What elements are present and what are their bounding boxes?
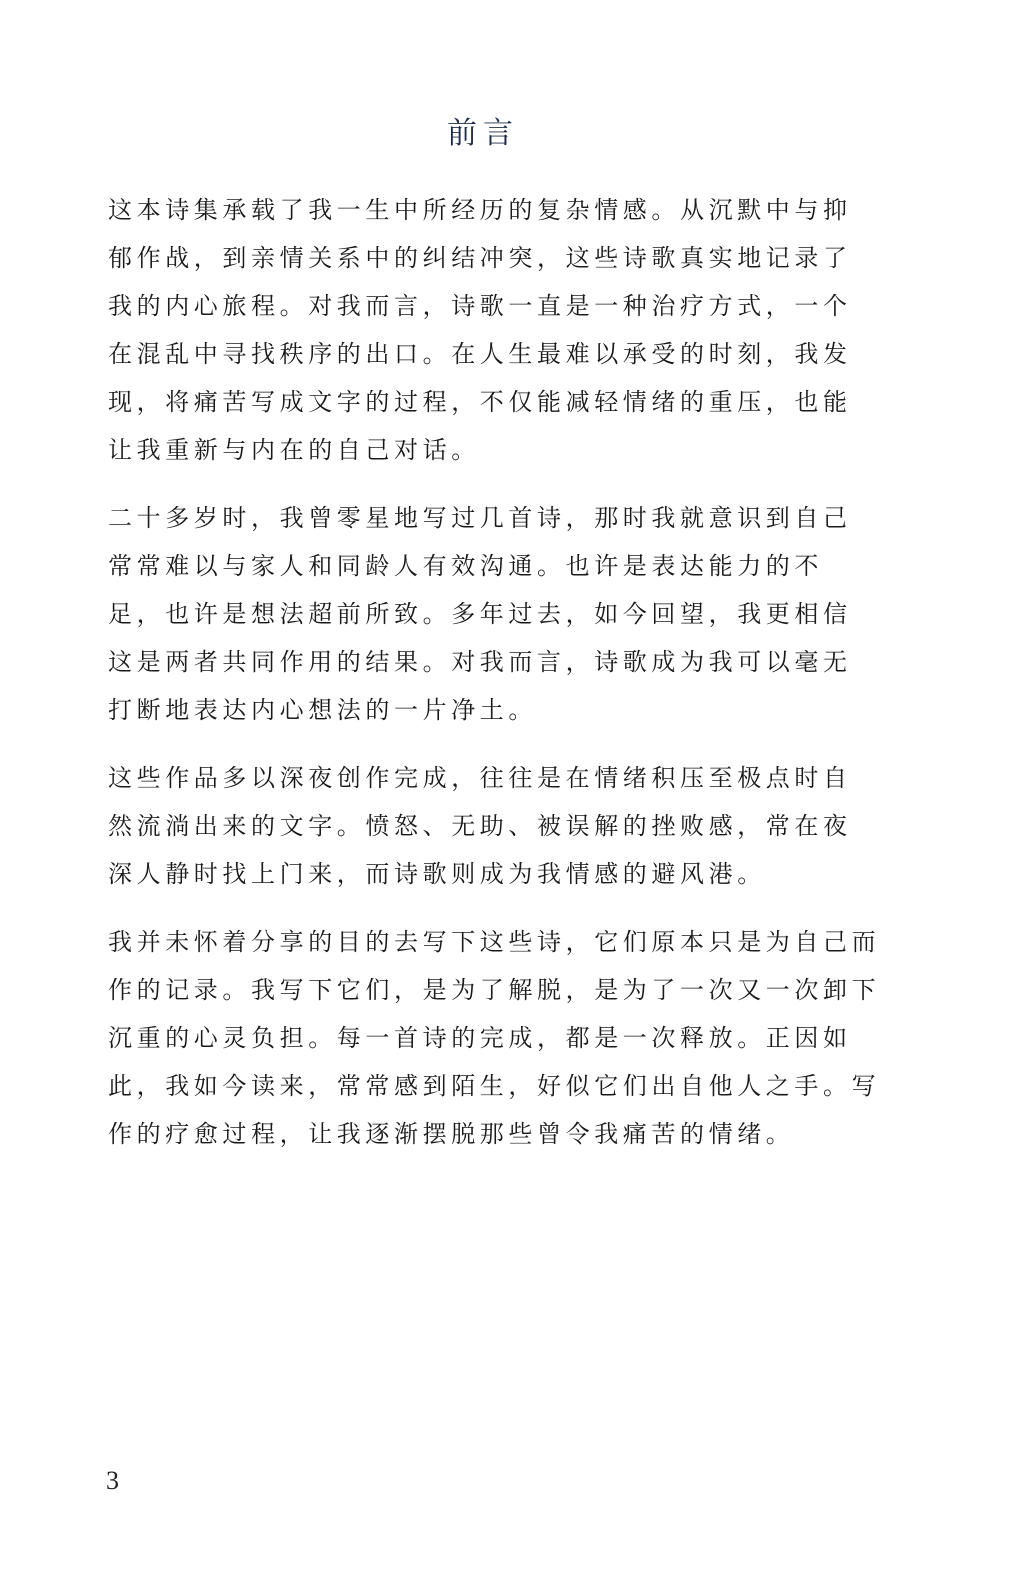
text-line: 作的记录。我写下它们，是为了解脱，是为了一次又一次卸下 bbox=[108, 966, 832, 1014]
text-line: 这本诗集承载了我一生中所经历的复杂情感。从沉默中与抑 bbox=[108, 186, 832, 234]
text-line: 在混乱中寻找秩序的出口。在人生最难以承受的时刻，我发 bbox=[108, 330, 832, 378]
book-page: 前言 这本诗集承载了我一生中所经历的复杂情感。从沉默中与抑 郁作战，到亲情关系中… bbox=[0, 0, 1024, 1593]
text-line: 这些作品多以深夜创作完成，往往是在情绪积压至极点时自 bbox=[108, 754, 832, 802]
text-line: 现，将痛苦写成文字的过程，不仅能减轻情绪的重压，也能 bbox=[108, 378, 832, 426]
text-line: 我并未怀着分享的目的去写下这些诗，它们原本只是为自己而 bbox=[108, 918, 832, 966]
text-line: 作的疗愈过程，让我逐渐摆脱那些曾令我痛苦的情绪。 bbox=[108, 1110, 832, 1158]
text-line: 常常难以与家人和同龄人有效沟通。也许是表达能力的不 bbox=[108, 542, 832, 590]
page-number: 3 bbox=[106, 1466, 119, 1496]
text-line: 沉重的心灵负担。每一首诗的完成，都是一次释放。正因如 bbox=[108, 1014, 832, 1062]
text-line: 此，我如今读来，常常感到陌生，好似它们出自他人之手。写 bbox=[108, 1062, 832, 1110]
text-line: 我的内心旅程。对我而言，诗歌一直是一种治疗方式，一个 bbox=[108, 282, 832, 330]
text-line: 深人静时找上门来，而诗歌则成为我情感的避风港。 bbox=[108, 850, 832, 898]
text-line: 然流淌出来的文字。愤怒、无助、被误解的挫败感，常在夜 bbox=[108, 802, 832, 850]
text-line: 打断地表达内心想法的一片净土。 bbox=[108, 686, 832, 734]
text-line: 让我重新与内在的自己对话。 bbox=[108, 426, 832, 474]
text-line: 郁作战，到亲情关系中的纠结冲突，这些诗歌真实地记录了 bbox=[108, 234, 832, 282]
paragraph-2: 二十多岁时，我曾零星地写过几首诗，那时我就意识到自己 常常难以与家人和同龄人有效… bbox=[108, 494, 832, 734]
paragraph-1: 这本诗集承载了我一生中所经历的复杂情感。从沉默中与抑 郁作战，到亲情关系中的纠结… bbox=[108, 186, 832, 474]
text-line: 足，也许是想法超前所致。多年过去，如今回望，我更相信 bbox=[108, 590, 832, 638]
page-title: 前言 bbox=[0, 110, 966, 158]
preface-body: 这本诗集承载了我一生中所经历的复杂情感。从沉默中与抑 郁作战，到亲情关系中的纠结… bbox=[108, 186, 832, 1178]
paragraph-3: 这些作品多以深夜创作完成，往往是在情绪积压至极点时自 然流淌出来的文字。愤怒、无… bbox=[108, 754, 832, 898]
text-line: 二十多岁时，我曾零星地写过几首诗，那时我就意识到自己 bbox=[108, 494, 832, 542]
text-line: 这是两者共同作用的结果。对我而言，诗歌成为我可以毫无 bbox=[108, 638, 832, 686]
paragraph-4: 我并未怀着分享的目的去写下这些诗，它们原本只是为自己而 作的记录。我写下它们，是… bbox=[108, 918, 832, 1158]
